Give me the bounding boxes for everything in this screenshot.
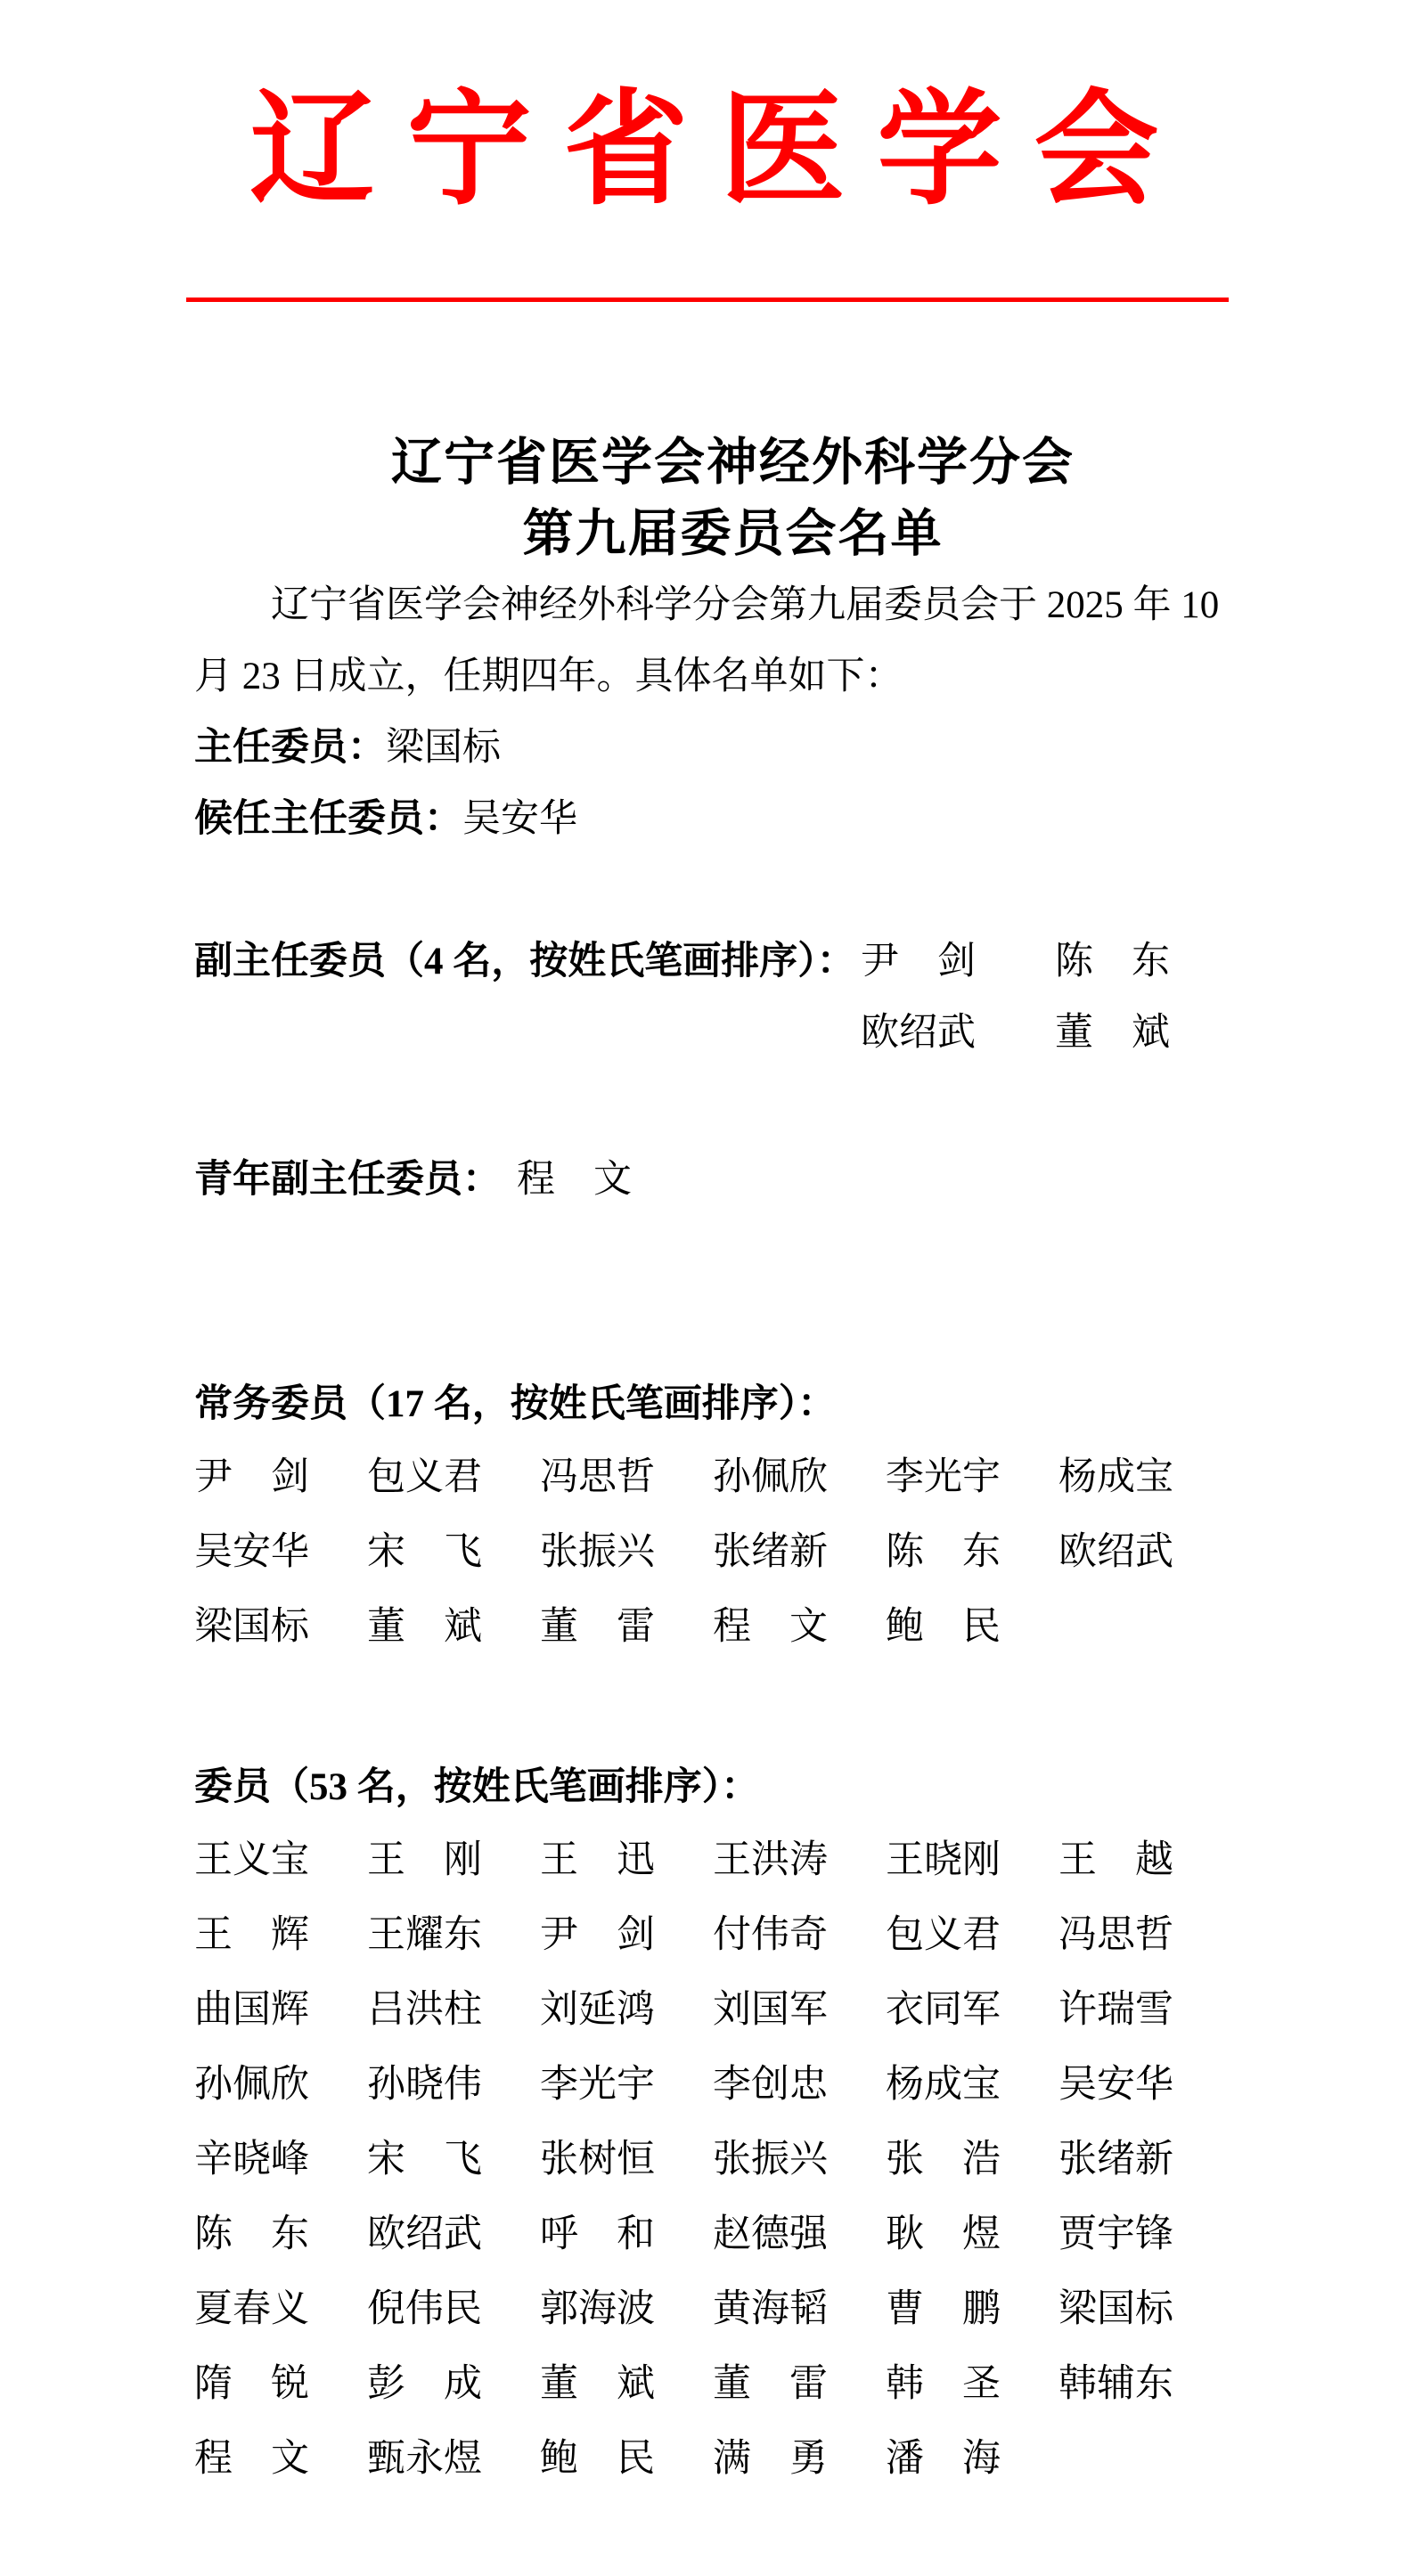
member-name: 孙晓伟: [367, 2048, 540, 2123]
member-name: 衣同军: [886, 1973, 1058, 2048]
document-page: 辽宁省医学会 辽宁省医学会神经外科学分会 第九届委员会名单 辽宁省医学会神经外科…: [0, 0, 1414, 2576]
chairman-name: 梁国标: [386, 727, 501, 769]
member-name: 黄海韬: [713, 2272, 886, 2347]
name-row: 梁国标董 斌董 雷程 文鲍 民: [194, 1590, 1271, 1665]
member-name: 董 雷: [540, 1590, 713, 1665]
member-name: 鲍 民: [540, 2422, 713, 2497]
letterhead-divider-rule: [186, 298, 1229, 302]
chairman-elect-name: 吴安华: [462, 798, 577, 840]
members-grid: 王义宝王 刚王 迅王洪涛王晓刚王 越王 辉王耀东尹 剑付伟奇包义君冯思哲曲国辉吕…: [194, 1823, 1271, 2497]
vice-chairman-name: 尹 剑: [861, 926, 976, 998]
member-name: 李创忠: [713, 2048, 886, 2123]
member-name: 李光宇: [886, 1440, 1058, 1515]
member-name: 韩辅东: [1058, 2347, 1231, 2422]
standing-committee-label: 常务委员（17 名，按姓氏笔画排序）：: [194, 1369, 1271, 1440]
member-name: 程 文: [713, 1590, 886, 1665]
member-name: 王洪涛: [713, 1823, 886, 1898]
vice-chairmen-line1: 副主任委员（4 名，按姓氏笔画排序）： 尹 剑 陈 东: [194, 926, 1271, 998]
vice-chairman-name: 董 斌: [1055, 998, 1170, 1069]
member-name: 王 辉: [194, 1898, 367, 1973]
member-name: 鲍 民: [886, 1590, 1058, 1665]
members-label: 委员（53 名，按姓氏笔画排序）：: [194, 1752, 1271, 1823]
member-name: 包义君: [367, 1440, 540, 1515]
member-name: 吴安华: [194, 1515, 367, 1590]
member-name: 贾宇锋: [1058, 2197, 1231, 2272]
member-name: 孙佩欣: [713, 1440, 886, 1515]
member-name: 辛晓峰: [194, 2123, 367, 2197]
name-row: 曲国辉吕洪柱刘延鸿刘国军衣同军许瑞雪: [194, 1973, 1271, 2048]
intro-paragraph-line2: 月 23 日成立，任期四年。具体名单如下：: [194, 641, 1271, 713]
member-name: 甄永煜: [367, 2422, 540, 2497]
member-name: 吕洪柱: [367, 1973, 540, 2048]
member-name: 冯思哲: [1058, 1898, 1231, 1973]
member-name: 刘延鸿: [540, 1973, 713, 2048]
name-row: 程 文甄永煜鲍 民满 勇潘 海: [194, 2422, 1271, 2497]
chairman-elect-line: 候任主任委员：吴安华: [194, 784, 1271, 855]
member-name: 耿 煜: [886, 2197, 1058, 2272]
document-title-line1: 辽宁省医学会神经外科学分会: [194, 428, 1271, 499]
member-name: 董 斌: [367, 1590, 540, 1665]
vice-chairman-name: 陈 东: [1055, 926, 1170, 998]
name-row: 吴安华宋 飞张振兴张绪新陈 东欧绍武: [194, 1515, 1271, 1590]
member-name: 倪伟民: [367, 2272, 540, 2347]
member-name: 包义君: [886, 1898, 1058, 1973]
member-name: 孙佩欣: [194, 2048, 367, 2123]
name-row: 王义宝王 刚王 迅王洪涛王晓刚王 越: [194, 1823, 1271, 1898]
member-name: 陈 东: [886, 1515, 1058, 1590]
member-name: 王耀东: [367, 1898, 540, 1973]
member-name: 彭 成: [367, 2347, 540, 2422]
youth-vice-chairman-label: 青年副主任委员：: [194, 1159, 501, 1201]
member-name: 王义宝: [194, 1823, 367, 1898]
member-name: 张振兴: [713, 2123, 886, 2197]
member-name: 杨成宝: [886, 2048, 1058, 2123]
name-row: 王 辉王耀东尹 剑付伟奇包义君冯思哲: [194, 1898, 1271, 1973]
member-name: 许瑞雪: [1058, 1973, 1231, 2048]
vice-chairmen-label: 副主任委员（4 名，按姓氏笔画排序）：: [194, 941, 855, 982]
member-name: 赵德强: [713, 2197, 886, 2272]
member-name: 尹 剑: [540, 1898, 713, 1973]
standing-committee-grid: 尹 剑包义君冯思哲孙佩欣李光宇杨成宝吴安华宋 飞张振兴张绪新陈 东欧绍武梁国标董…: [194, 1440, 1271, 1665]
member-name: 宋 飞: [367, 2123, 540, 2197]
name-row: 陈 东欧绍武呼 和赵德强耿 煜贾宇锋: [194, 2197, 1271, 2272]
name-row: 孙佩欣孙晓伟李光宇李创忠杨成宝吴安华: [194, 2048, 1271, 2123]
intro-paragraph-line1: 辽宁省医学会神经外科学分会第九届委员会于 2025 年 10: [194, 570, 1271, 641]
member-name: 宋 飞: [367, 1515, 540, 1590]
member-name: 满 勇: [713, 2422, 886, 2497]
member-name: 王晓刚: [886, 1823, 1058, 1898]
member-name: 呼 和: [540, 2197, 713, 2272]
member-name: 董 斌: [540, 2347, 713, 2422]
member-name: 郭海波: [540, 2272, 713, 2347]
member-name: 欧绍武: [367, 2197, 540, 2272]
youth-vice-chairman-name: 程 文: [517, 1159, 632, 1201]
member-name: 曲国辉: [194, 1973, 367, 2048]
member-name: 隋 锐: [194, 2347, 367, 2422]
chairman-line: 主任委员：梁国标: [194, 713, 1271, 784]
member-name: 王 迅: [540, 1823, 713, 1898]
name-row: 辛晓峰宋 飞张树恒张振兴张 浩张绪新: [194, 2123, 1271, 2197]
member-name: 欧绍武: [1058, 1515, 1231, 1590]
member-name: 吴安华: [1058, 2048, 1231, 2123]
member-name: 夏春义: [194, 2272, 367, 2347]
document-title-line2: 第九届委员会名单: [194, 499, 1271, 570]
member-name: 张绪新: [1058, 2123, 1231, 2197]
member-name: 尹 剑: [194, 1440, 367, 1515]
member-name: 韩 圣: [886, 2347, 1058, 2422]
member-name: 王 刚: [367, 1823, 540, 1898]
member-name: 潘 海: [886, 2422, 1058, 2497]
member-name: 刘国军: [713, 1973, 886, 2048]
chairman-label: 主任委员：: [194, 727, 386, 769]
vice-chairman-name: 欧绍武: [861, 998, 976, 1069]
vice-chairmen-line2: 欧绍武 董 斌: [194, 998, 1271, 1069]
chairman-elect-label: 候任主任委员：: [194, 798, 462, 840]
member-name: 张绪新: [713, 1515, 886, 1590]
member-name: 张树恒: [540, 2123, 713, 2197]
member-name: 程 文: [194, 2422, 367, 2497]
member-name: 杨成宝: [1058, 1440, 1231, 1515]
member-name: 张 浩: [886, 2123, 1058, 2197]
member-name: 陈 东: [194, 2197, 367, 2272]
member-name: 梁国标: [194, 1590, 367, 1665]
member-name: 张振兴: [540, 1515, 713, 1590]
youth-vice-chairman-line: 青年副主任委员：程 文: [194, 1145, 1271, 1216]
member-name: 付伟奇: [713, 1898, 886, 1973]
letterhead-org-name: 辽宁省医学会: [0, 80, 1414, 223]
document-body: 辽宁省医学会神经外科学分会 第九届委员会名单 辽宁省医学会神经外科学分会第九届委…: [0, 428, 1414, 2497]
member-name: 曹 鹏: [886, 2272, 1058, 2347]
name-row: 夏春义倪伟民郭海波黄海韬曹 鹏梁国标: [194, 2272, 1271, 2347]
member-name: 王 越: [1058, 1823, 1231, 1898]
member-name: 梁国标: [1058, 2272, 1231, 2347]
name-row: 隋 锐彭 成董 斌董 雷韩 圣韩辅东: [194, 2347, 1271, 2422]
member-name: 李光宇: [540, 2048, 713, 2123]
name-row: 尹 剑包义君冯思哲孙佩欣李光宇杨成宝: [194, 1440, 1271, 1515]
member-name: 冯思哲: [540, 1440, 713, 1515]
member-name: 董 雷: [713, 2347, 886, 2422]
